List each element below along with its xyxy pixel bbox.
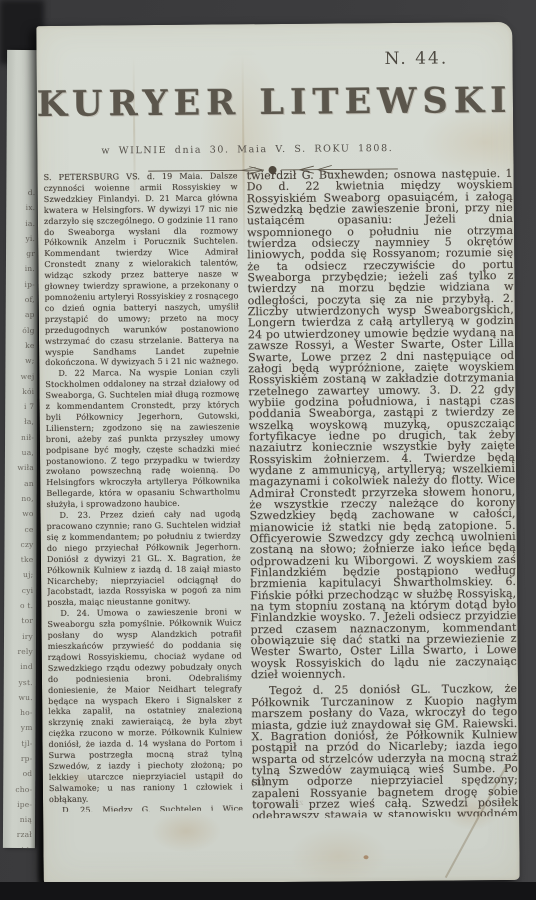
text-fragment: i 7 <box>5 402 34 417</box>
newspaper-title: KURYER LITEWSKI <box>37 80 457 125</box>
adjacent-page-text-fragments: d.ix.ia.yi.grin.ip-of,apólgkew;wejkóii 7… <box>3 50 39 848</box>
text-fragment: cho- <box>3 784 32 799</box>
text-fragment: ke <box>5 341 34 356</box>
issue-number: N. 44. <box>384 49 448 70</box>
text-fragment: ap <box>6 310 35 325</box>
text-fragment: wu. <box>4 693 33 708</box>
text-fragment: iry <box>4 632 33 647</box>
text-fragment: gr <box>6 249 35 264</box>
text-fragment: rzał <box>3 830 32 845</box>
news-paragraph: D. 23. Przez dzień cały nad ugodą pracow… <box>46 508 241 608</box>
sheet-signature-mark: (1) <box>239 778 279 788</box>
text-fragment: in. <box>6 264 35 279</box>
text-fragment: ip- <box>6 280 35 295</box>
foxing-spot <box>364 855 369 859</box>
text-fragment: od <box>3 769 32 784</box>
dateline: w WILNIE dnia 30. Maia V. S. ROKU 1808. <box>37 142 457 157</box>
text-fragment: yi. <box>6 234 35 249</box>
text-fragment: tor <box>4 616 33 631</box>
text-fragment: an <box>5 479 34 494</box>
photo-backdrop: d.ix.ia.yi.grin.ip-of,apólgkew;wejkóii 7… <box>0 0 536 900</box>
news-paragraph: S. PETERSBURG VS. d. 19 Maia. Dalsze czy… <box>44 170 240 368</box>
news-paragraph: Tegoż d. 25 doniósł GL. Tuczkow, że Półk… <box>251 683 518 818</box>
news-paragraph: D. 24. Umowa o zawieszenie broni w Sweab… <box>47 607 243 805</box>
text-fragment: cyi <box>4 586 33 601</box>
news-paragraph: D. 25. Między G. Suchtelen i Wice Admira… <box>49 803 243 812</box>
text-fragment: of, <box>6 295 35 310</box>
text-fragment: ia. <box>6 219 35 234</box>
scanned-newspaper-page: zzolne w ydy N. 44. KURYER LITEWSKI w WI… <box>36 22 519 884</box>
text-fragment: wo <box>5 509 34 524</box>
text-fragment: ind <box>4 662 33 677</box>
text-fragment: ua, <box>5 448 34 463</box>
text-fragment: yst. <box>4 677 33 692</box>
text-fragment: ix. <box>6 203 35 218</box>
text-fragment: ho- <box>4 708 33 723</box>
text-fragment: tjl- <box>3 739 32 754</box>
news-paragraph: twierdził G. Buxhewden; osnowa następuie… <box>247 168 517 681</box>
left-text-column: S. PETERSBURG VS. d. 19 Maia. Dalsze czy… <box>44 170 244 812</box>
text-fragment: ce <box>5 524 34 539</box>
text-fragment: no, <box>5 494 34 509</box>
news-paragraph: D. 22 Marca. Na wyspie Lonian czyli Stoc… <box>45 367 240 510</box>
text-fragment: ólg <box>6 326 35 341</box>
text-fragment: czy <box>4 540 33 555</box>
text-fragment: ym <box>3 723 32 738</box>
text-fragment: nił- <box>5 433 34 448</box>
adjacent-page-edge: d.ix.ia.yi.grin.ip-of,apólgkew;wejkóii 7… <box>3 50 39 848</box>
text-fragment: wej <box>5 371 34 386</box>
text-fragment: kói <box>5 387 34 402</box>
text-fragment: ła, <box>5 417 34 432</box>
text-fragment: ód. <box>3 846 32 848</box>
text-fragment: nią <box>3 815 32 830</box>
text-fragment: rely <box>4 647 33 662</box>
backdrop-bottom-strip <box>0 882 536 900</box>
text-fragment: d. <box>6 188 35 203</box>
text-fragment: wiła <box>5 463 34 478</box>
text-fragment: ipe- <box>3 800 32 815</box>
right-text-column: twierdził G. Buxhewden; osnowa następuie… <box>247 168 519 818</box>
text-fragment: uj; <box>4 570 33 585</box>
text-fragment: w; <box>5 356 34 371</box>
text-fragment: o t. <box>4 601 33 616</box>
text-fragment: tke <box>4 555 33 570</box>
text-fragment: rp- <box>3 754 32 769</box>
